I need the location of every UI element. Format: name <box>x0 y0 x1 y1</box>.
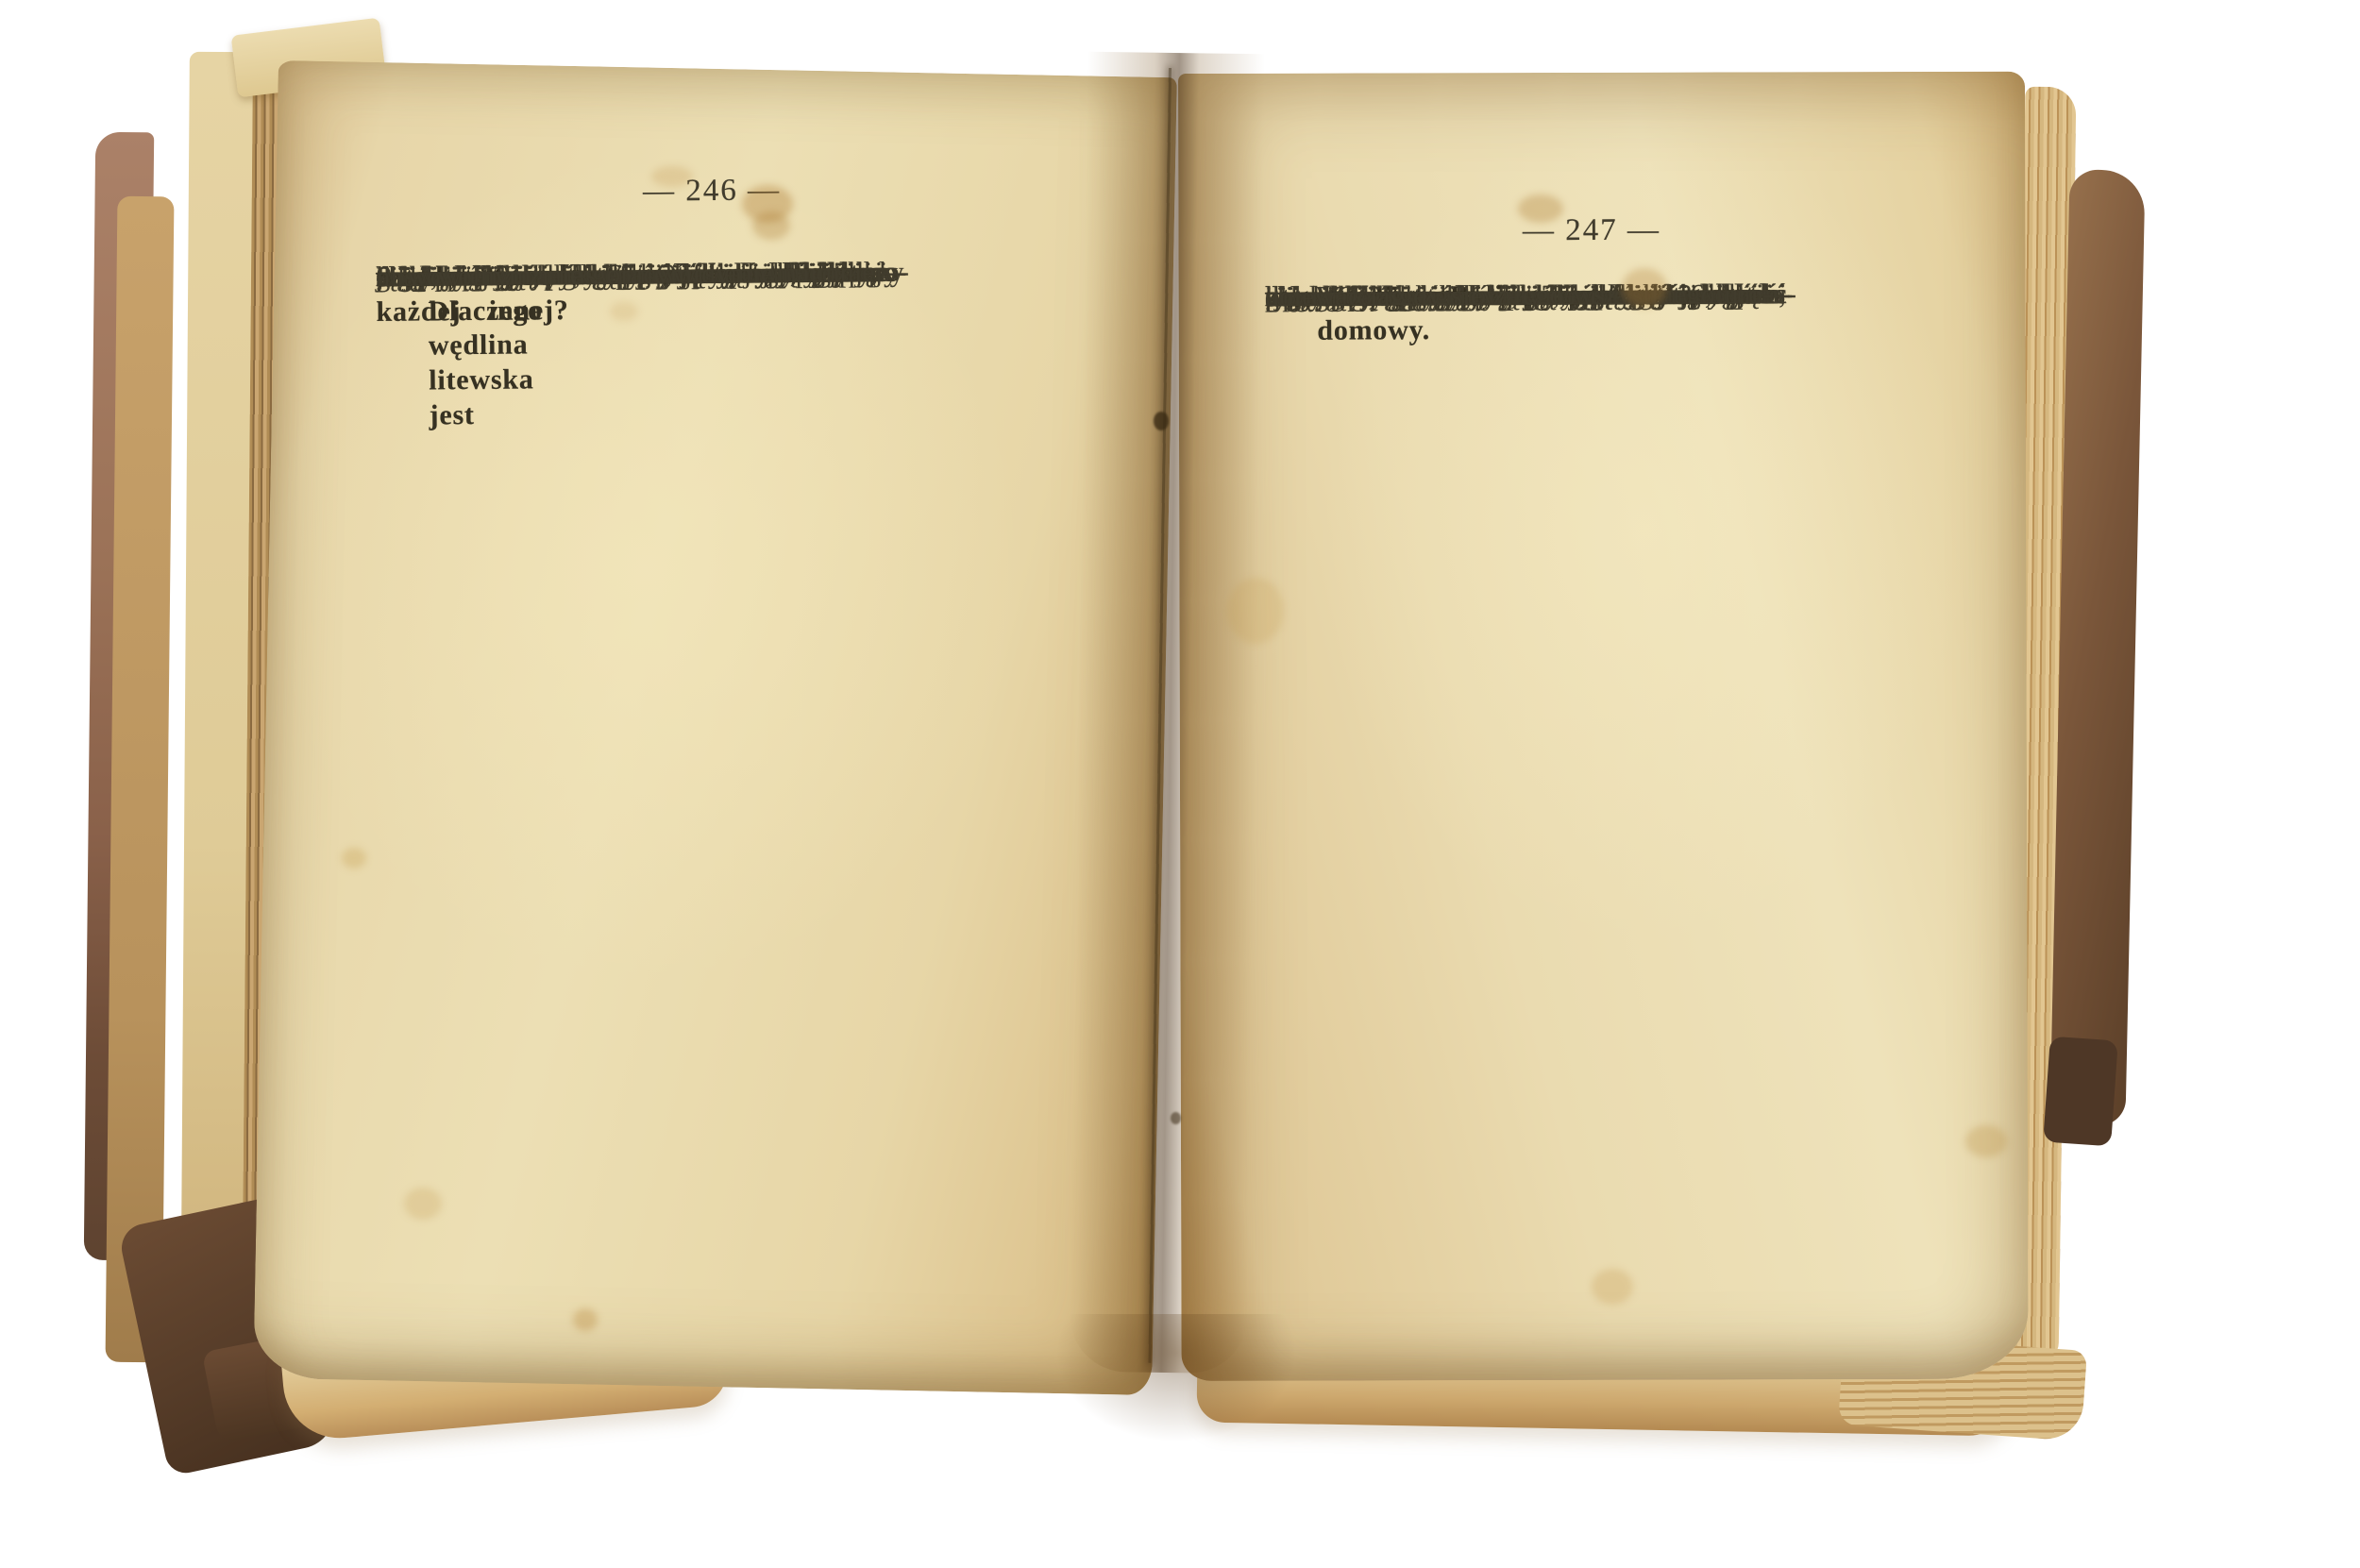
gutter-bottom-shadow <box>1055 1314 1297 1442</box>
binding-hole <box>1171 1112 1181 1124</box>
paper-stain <box>1592 1269 1633 1305</box>
paper-stain <box>1622 268 1667 308</box>
book-photo: — 246 — — 247 — ninę przykryć płótnem i … <box>0 0 2360 1568</box>
page-number-right: — 247 — <box>1244 211 1939 250</box>
right-page <box>1178 72 2029 1381</box>
text-line: dolewać, a gdy się z tego wszystkiego ur… <box>1265 278 1772 314</box>
text-line: ni w wolnym, nie gorącym dymie najmniej <box>376 256 884 295</box>
paper-stain <box>610 302 638 321</box>
paper-stain <box>342 848 366 868</box>
page-number-left: — 246 — <box>376 171 1048 211</box>
paper-stain <box>1227 578 1284 644</box>
paper-stain <box>651 166 693 187</box>
page-stack-edge-left <box>106 196 175 1363</box>
binding-hole <box>1154 412 1169 430</box>
paper-stain <box>1518 194 1563 223</box>
paper-stain <box>573 1308 598 1331</box>
paper-stain <box>404 1188 442 1220</box>
book-cover-edge-right-lower <box>2043 1037 2118 1147</box>
paper-stain <box>752 211 790 240</box>
paper-stain <box>1965 1125 2007 1157</box>
